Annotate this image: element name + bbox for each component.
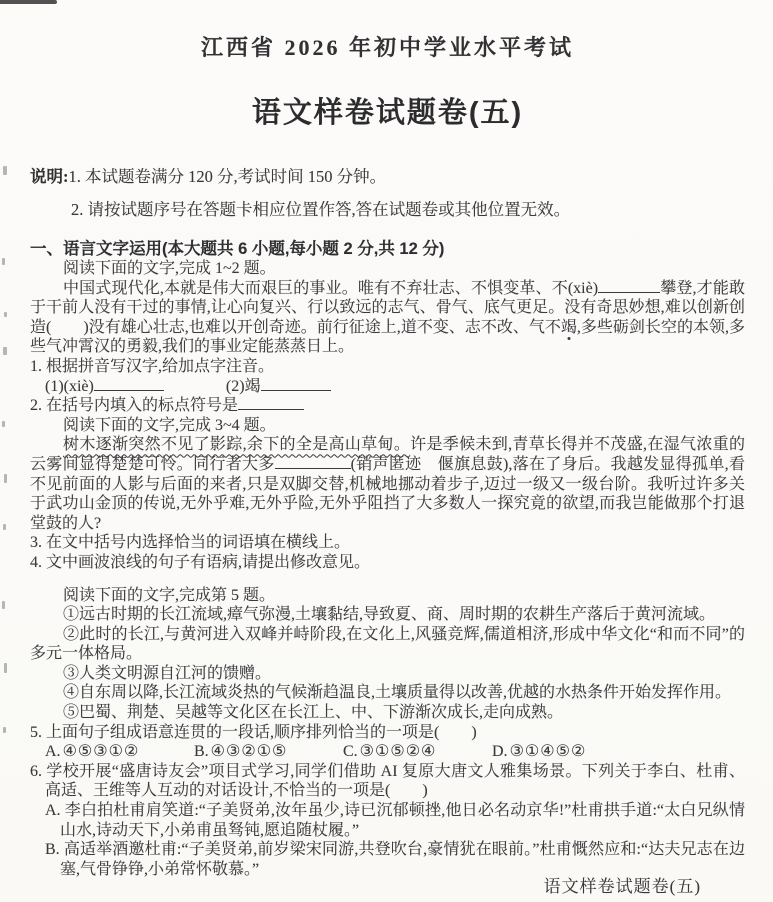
sentence-1: ①远古时期的长江流域,瘴气弥漫,土壤黏结,导致夏、商、周时期的农耕生产落后于黄河… — [30, 605, 745, 625]
question-6: 6. 学校开展“盛唐诗友会”项目式学习,同学们借助 AI 复原大唐文人雅集场景。… — [30, 762, 745, 801]
reading-intro-2: 阅读下面的文字,完成 3~4 题。 — [30, 416, 745, 436]
fill-in-blank — [238, 396, 304, 410]
question-5-options: A.④⑤③①② B.④③②①⑤ C.③①⑤②④ D.③①④⑤② — [30, 742, 745, 762]
sentence-5: ⑤巴蜀、荆楚、吴越等文化区在长江上、中、下游渐次成长,走向成熟。 — [30, 703, 745, 723]
question-1-parts: (1)(xiè)(2)竭 — [30, 377, 745, 397]
fill-in-blank — [261, 377, 331, 391]
reading-intro-1: 阅读下面的文字,完成 1~2 题。 — [30, 259, 745, 279]
question-1-sub-2: (2)竭 — [226, 378, 261, 395]
instructions-block: 说明:1. 本试题卷满分 120 分,考试时间 150 分钟。 2. 请按试题序… — [30, 160, 745, 226]
scan-artifact-bar — [0, 0, 57, 4]
exam-paper-page: 江西省 2026 年初中学业水平考试 语文样卷试题卷(五) 说明:1. 本试题卷… — [0, 0, 773, 902]
paper-title: 语文样卷试题卷(五) — [30, 90, 745, 131]
passage-2: 树木逐渐突然不见了影踪,余下的全是高山草甸。许是季候未到,青草长得并不茂盛,在湿… — [30, 435, 745, 533]
fill-in-blank — [94, 377, 164, 391]
fill-in-blank — [275, 455, 351, 469]
option-a: A.④⑤③①② — [45, 742, 194, 762]
wavy-underlined-sentence: 树木逐渐突然不见了影踪,余下的全是高山草甸。 — [63, 436, 410, 453]
option-a-label: A. — [45, 743, 61, 760]
scan-mark — [2, 421, 5, 427]
option-c-value: ③①⑤②④ — [360, 743, 437, 760]
section-1-heading: 一、语言文字运用(本大题共 6 小题,每小题 2 分,共 12 分) — [30, 239, 745, 259]
scan-mark — [3, 166, 7, 175]
option-b: B.④③②①⑤ — [194, 742, 343, 762]
sentence-4: ④自东周以降,长江流域炎热的气候渐趋温良,土壤质量得以改善,优越的水热条件开始发… — [30, 683, 745, 703]
passage-1: 中国式现代化,本就是伟大而艰巨的事业。唯有不弃壮志、不惧变革、不(xiè)攀登,… — [30, 279, 745, 357]
question-2: 2. 在括号内填入的标点符号是 — [30, 396, 745, 416]
option-c-label: C. — [343, 743, 358, 760]
scan-mark — [3, 727, 6, 733]
option-c: C.③①⑤②④ — [343, 742, 492, 762]
fill-in-blank — [598, 279, 660, 293]
option-b-label: B. — [194, 743, 209, 760]
question-5: 5. 上面句子组成语意连贯的一段话,顺序排列恰当的一项是( ) — [30, 723, 745, 743]
sentence-2: ②此时的长江,与黄河进入双峰并峙阶段,在文化上,风骚竞辉,儒道相济,形成中华文化… — [30, 625, 745, 664]
scan-mark — [2, 601, 5, 609]
scan-mark — [2, 258, 5, 265]
sentence-3: ③人类文明源自江河的馈赠。 — [30, 664, 745, 684]
question-1: 1. 根据拼音写汉字,给加点字注音。 — [30, 357, 745, 377]
exam-title: 江西省 2026 年初中学业水平考试 — [30, 31, 745, 62]
passage-1-text: 中国式现代化,本就是伟大而艰巨的事业。唯有不弃壮志、不惧变革、不(xiè) — [63, 280, 598, 297]
instructions-label: 说明: — [30, 167, 69, 186]
scan-mark — [4, 474, 7, 483]
question-6-option-a: A. 李白拍杜甫肩笑道:“子美贤弟,汝年虽少,诗已沉郁顿挫,他日必名动京华!”杜… — [30, 801, 745, 840]
question-4: 4. 文中画波浪线的句子有语病,请提出修改意见。 — [30, 553, 745, 573]
scan-mark — [4, 663, 7, 673]
word-choices: (销声匿迹 偃旗息鼓) — [351, 456, 509, 473]
option-d-value: ③①④⑤② — [510, 743, 587, 760]
option-d: D.③①④⑤② — [492, 742, 586, 762]
scan-mark — [3, 524, 6, 530]
option-a-value: ④⑤③①② — [63, 743, 140, 760]
question-2-text: 2. 在括号内填入的标点符号是 — [30, 397, 238, 414]
question-1-sub-1: (1)(xiè) — [45, 378, 94, 395]
instructions-line-1: 说明:1. 本试题卷满分 120 分,考试时间 150 分钟。 — [30, 160, 745, 193]
page-footer: 语文样卷试题卷(五) — [544, 872, 701, 897]
scan-mark — [3, 347, 7, 355]
instructions-item-2: 2. 请按试题序号在答题卡相应位置作答,答在试题卷或其他位置无效。 — [30, 193, 745, 226]
reading-intro-3: 阅读下面的文字,完成第 5 题。 — [30, 586, 745, 606]
scan-mark — [4, 312, 7, 317]
instructions-item-1: 1. 本试题卷满分 120 分,考试时间 150 分钟。 — [69, 167, 387, 186]
option-b-value: ④③②①⑤ — [211, 743, 288, 760]
question-3: 3. 在文中括号内选择恰当的词语填在横线上。 — [30, 533, 745, 553]
emphasized-char: 竭 — [561, 319, 577, 336]
option-d-label: D. — [492, 743, 508, 760]
